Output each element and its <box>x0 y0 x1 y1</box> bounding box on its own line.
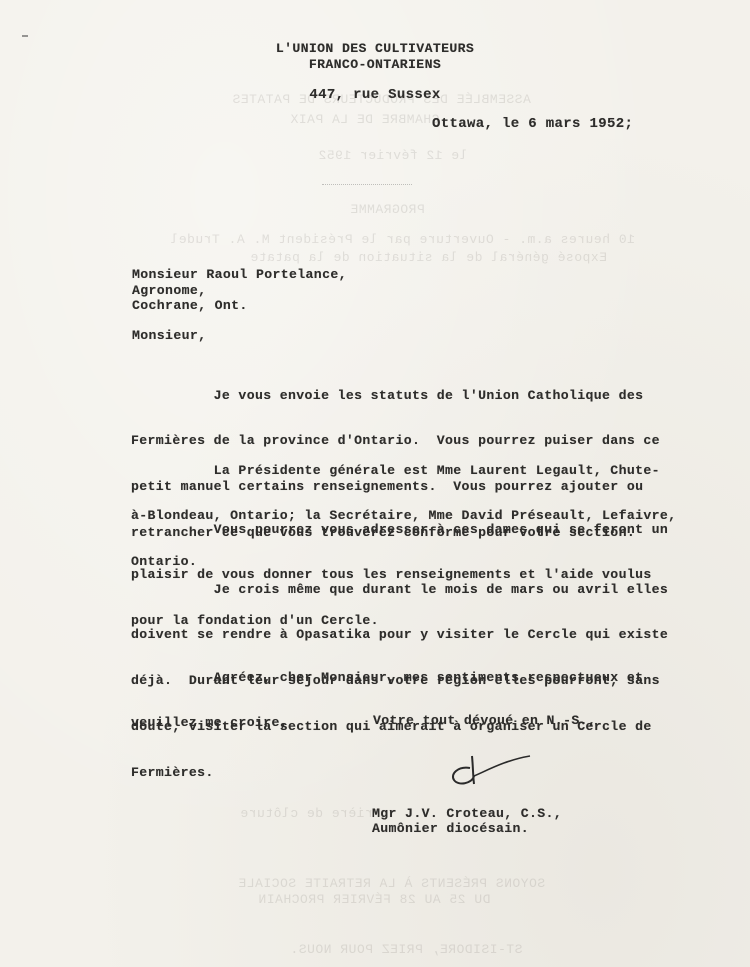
salutation: Monsieur, <box>132 328 206 343</box>
bleed-through-text: SOYONS PRÉSENTS À LA RETRAITE SOCIALE <box>238 876 545 891</box>
handwritten-signature-icon <box>448 748 538 788</box>
date-line: Ottawa, le 6 mars 1952; <box>432 117 633 132</box>
dotted-line <box>322 184 412 187</box>
body-line: Je vous envoie les statuts de l'Union Ca… <box>131 388 621 403</box>
body-paragraph-5: Agréez, cher Monsieur, mes sentiments re… <box>131 639 621 761</box>
bleed-through-text: 10 heures a.m. - Ouverture par le Présid… <box>170 232 635 247</box>
bleed-through-text: le 12 février 1952 <box>318 148 467 163</box>
body-line: La Présidente générale est Mme Laurent L… <box>131 463 621 478</box>
closing: Votre tout dévoué en N.-S., <box>373 713 596 728</box>
recipient-location: Cochrane, Ont. <box>132 298 248 313</box>
bleed-through-text: CHAMBRE DE LA PAIX <box>290 112 439 127</box>
body-line: Je crois même que durant le mois de mars… <box>131 582 621 597</box>
bleed-through-text: Exposé général de la situation de la pat… <box>250 250 607 265</box>
body-line: Vous pourrez vous adresser à ces dames q… <box>131 522 621 537</box>
letterhead-organization-line2: FRANCO-ONTARIENS <box>250 57 500 72</box>
letterhead-organization-line1: L'UNION DES CULTIVATEURS <box>250 41 500 56</box>
bleed-through-text: PROGRAMME <box>350 202 425 217</box>
body-line: Agréez, cher Monsieur, mes sentiments re… <box>131 670 621 685</box>
bleed-through-text: ST-ISIDORE, PRIEZ POUR NOUS. <box>290 942 522 957</box>
recipient-title: Agronome, <box>132 283 206 298</box>
letter-page: ASSEMBLÉE DES PRODUCTEURS DE PATATES CHA… <box>0 0 750 967</box>
paper-mark-icon <box>20 34 60 38</box>
recipient-name: Monsieur Raoul Portelance, <box>132 267 347 282</box>
bleed-through-text: DU 25 AU 28 FÉVRIER PROCHAIN <box>258 892 490 907</box>
letterhead-address: 447, rue Sussex <box>250 88 500 103</box>
body-line: Fermières. <box>131 765 621 780</box>
signatory-name: Mgr J.V. Croteau, C.S., <box>372 806 562 821</box>
signatory-title: Aumônier diocésain. <box>372 821 529 836</box>
